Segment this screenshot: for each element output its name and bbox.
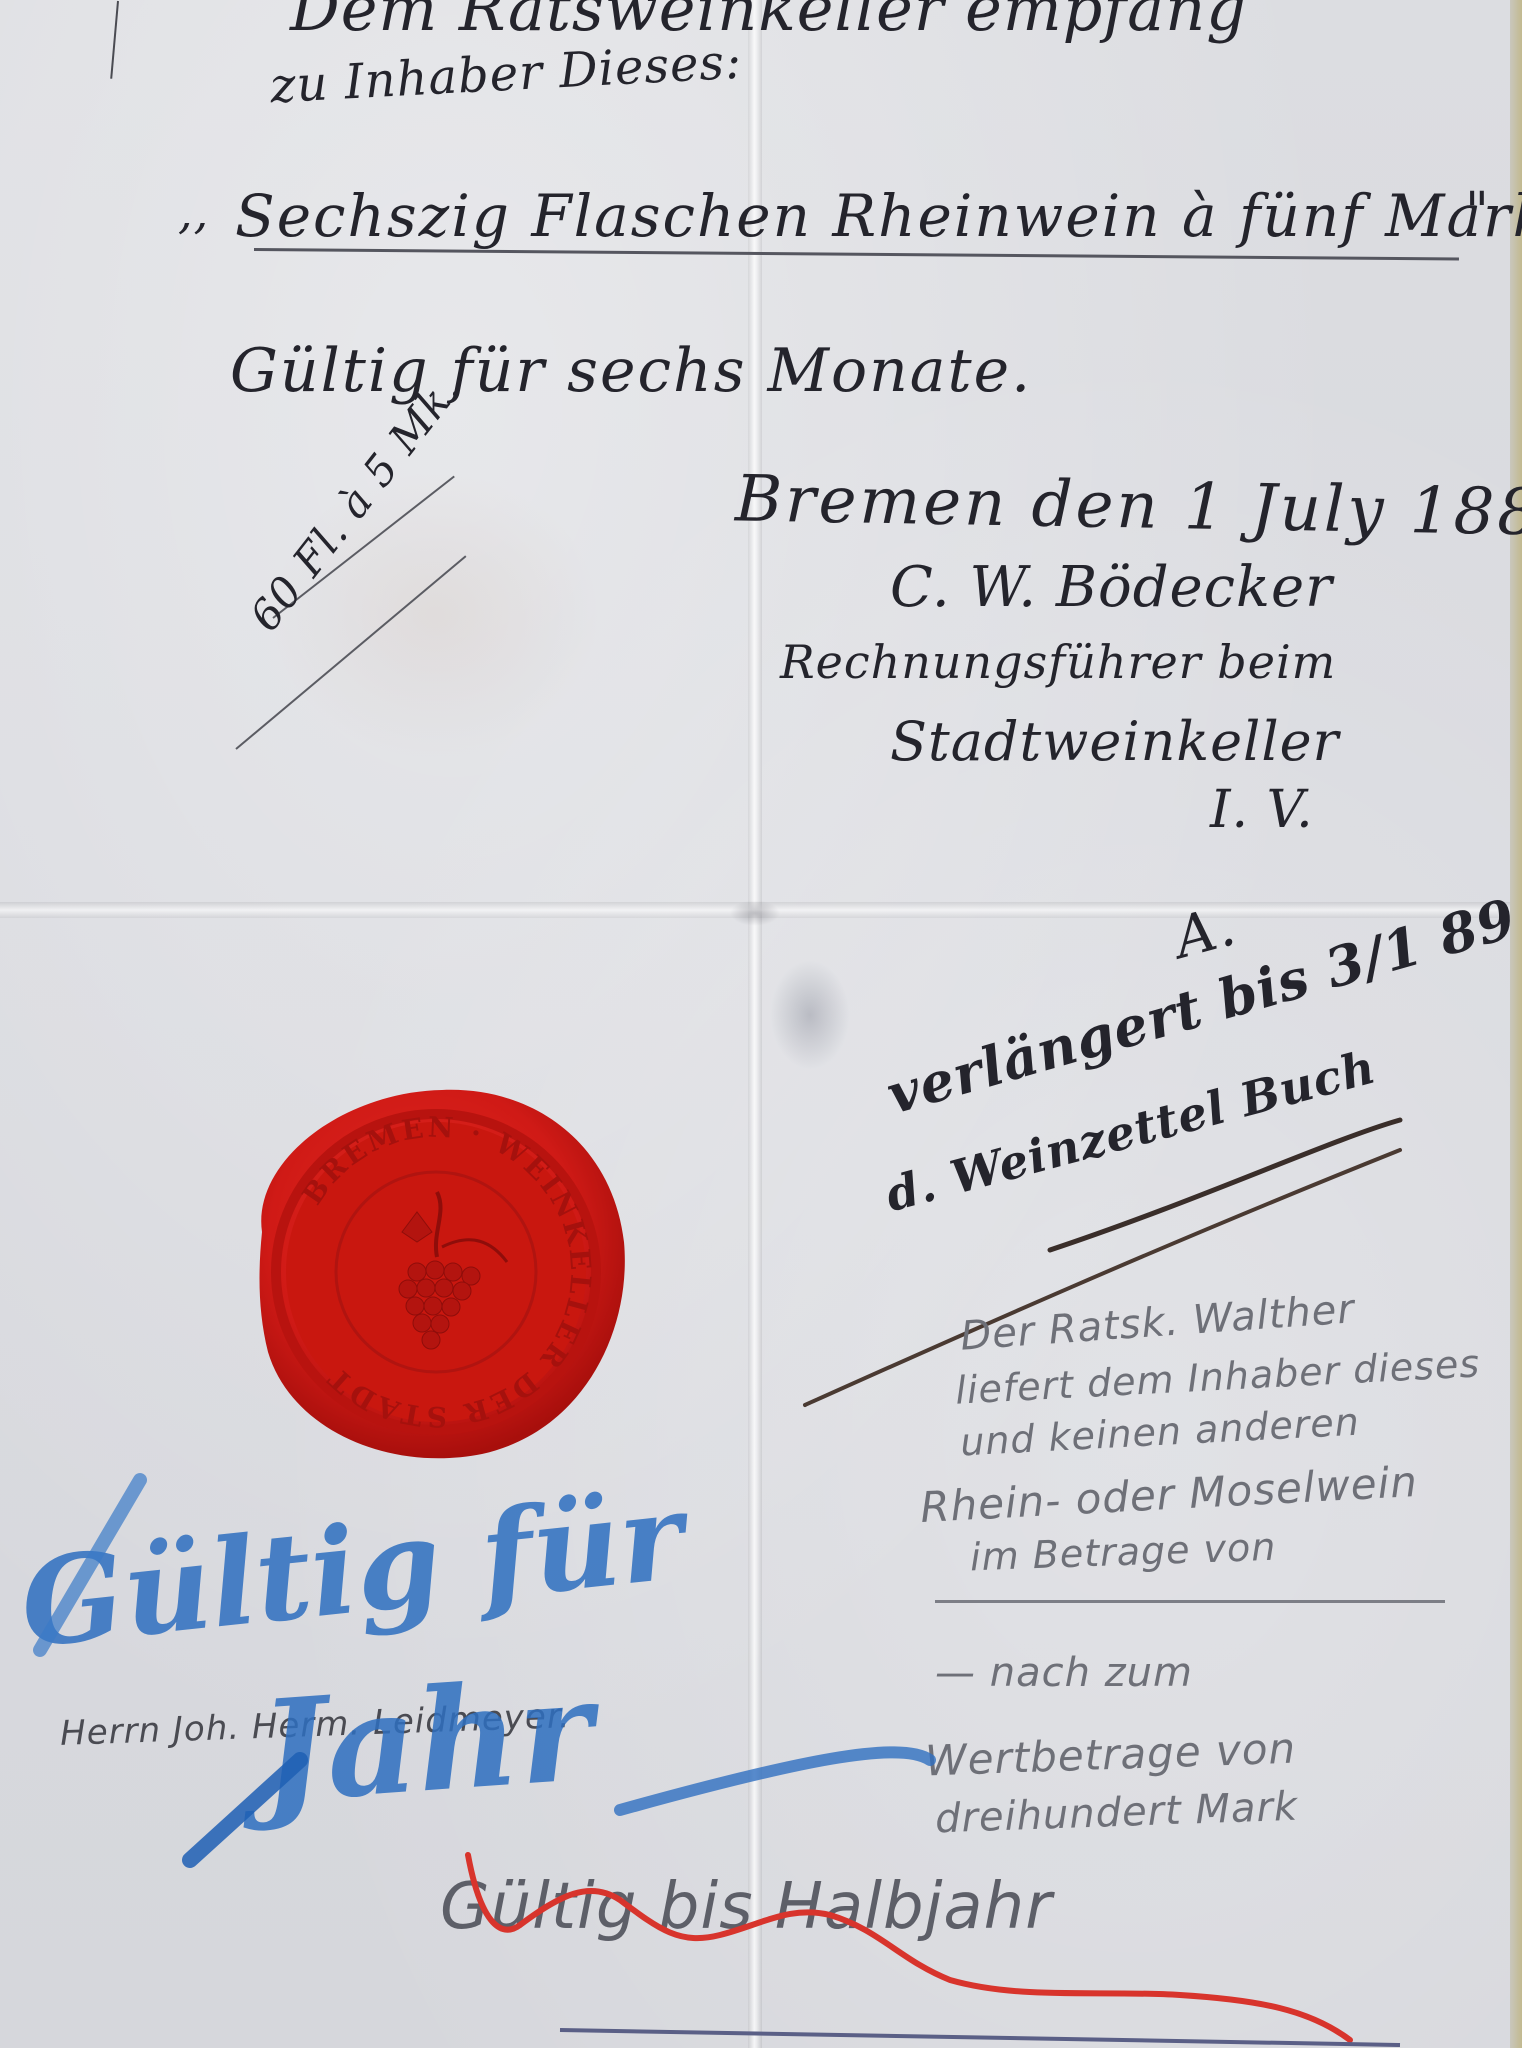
red-crayon-wave: [0, 0, 1522, 2048]
